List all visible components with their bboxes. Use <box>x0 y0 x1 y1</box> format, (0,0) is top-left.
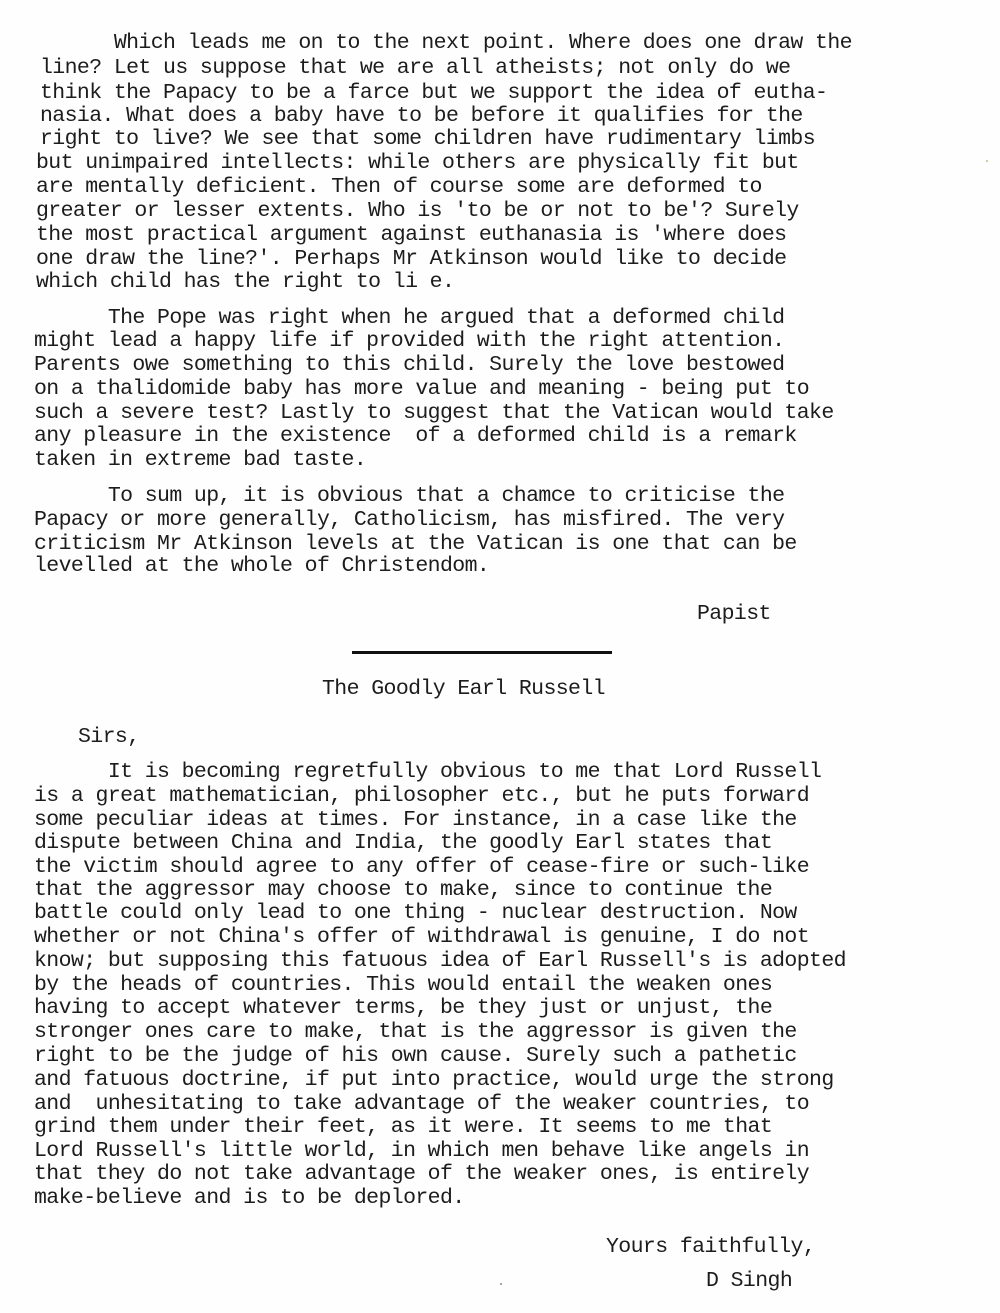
text-line: grind them under their feet, as it were.… <box>34 1116 772 1140</box>
text-line: Lord Russell's little world, in which me… <box>34 1140 809 1164</box>
section-divider <box>352 651 612 654</box>
text-line: levelled at the whole of Christendom. <box>34 555 489 579</box>
text-line: are mentally deficient. Then of course s… <box>36 176 762 200</box>
text-line: dispute between China and India, the goo… <box>34 832 772 856</box>
letter2-closing: Yours faithfully, <box>606 1236 815 1260</box>
text-line: nasia. What does a baby have to be befor… <box>40 105 803 129</box>
text-line: taken in extreme bad taste. <box>34 449 366 473</box>
letter1-signature: Papist <box>697 603 771 627</box>
text-line: on a thalidomide baby has more value and… <box>34 378 809 402</box>
text-line: right to live? We see that some children… <box>40 128 815 152</box>
letter2-title: The Goodly Earl Russell <box>322 678 605 702</box>
text-line: think the Papacy to be a farce but we su… <box>40 82 827 106</box>
text-line: the most practical argument against euth… <box>36 224 786 248</box>
text-line: some peculiar ideas at times. For instan… <box>34 809 797 833</box>
text-line: by the heads of countries. This would en… <box>34 974 772 998</box>
text-line: but unimpaired intellects: while others … <box>36 152 799 176</box>
text-line: criticism Mr Atkinson levels at the Vati… <box>34 533 797 557</box>
text-line: that the aggressor may choose to make, s… <box>34 879 772 903</box>
text-line: might lead a happy life if provided with… <box>34 330 784 354</box>
text-line: the victim should agree to any offer of … <box>34 856 809 880</box>
text-line: one draw the line?'. Perhaps Mr Atkinson… <box>36 248 786 272</box>
text-line: and unhesitating to take advantage of th… <box>34 1093 809 1117</box>
text-line: which child has the right to li e. <box>36 271 454 295</box>
text-line: It is becoming regretfully obvious to me… <box>34 761 821 785</box>
typewritten-page: Which leads me on to the next point. Whe… <box>0 0 1000 1313</box>
text-line: that they do not take advantage of the w… <box>34 1163 809 1187</box>
text-line: any pleasure in the existence of a defor… <box>34 425 797 449</box>
text-line: and fatuous doctrine, if put into practi… <box>34 1069 834 1093</box>
text-line: The Pope was right when he argued that a… <box>34 307 784 331</box>
text-line: know; but supposing this fatuous idea of… <box>34 950 846 974</box>
text-line: greater or lesser extents. Who is 'to be… <box>36 200 799 224</box>
paper-speck <box>500 1283 502 1285</box>
text-line: make-believe and is to be deplored. <box>34 1187 465 1211</box>
paper-speck <box>986 160 988 162</box>
text-line: Which leads me on to the next point. Whe… <box>40 32 852 56</box>
text-line: Papacy or more generally, Catholicism, h… <box>34 509 784 533</box>
text-line: line? Let us suppose that we are all ath… <box>40 57 790 81</box>
text-line: right to be the judge of his own cause. … <box>34 1045 797 1069</box>
text-line: battle could only lead to one thing - nu… <box>34 902 797 926</box>
text-line: stronger ones care to make, that is the … <box>34 1021 797 1045</box>
text-line: To sum up, it is obvious that a chamce t… <box>34 485 784 509</box>
text-line: such a severe test? Lastly to suggest th… <box>34 402 834 426</box>
text-line: is a great mathematician, philosopher et… <box>34 785 809 809</box>
letter2-signature: D Singh <box>706 1270 792 1294</box>
letter2-salutation: Sirs, <box>78 726 140 750</box>
text-line: whether or not China's offer of withdraw… <box>34 926 809 950</box>
text-line: having to accept whatever terms, be they… <box>34 997 772 1021</box>
text-line: Parents owe something to this child. Sur… <box>34 354 784 378</box>
